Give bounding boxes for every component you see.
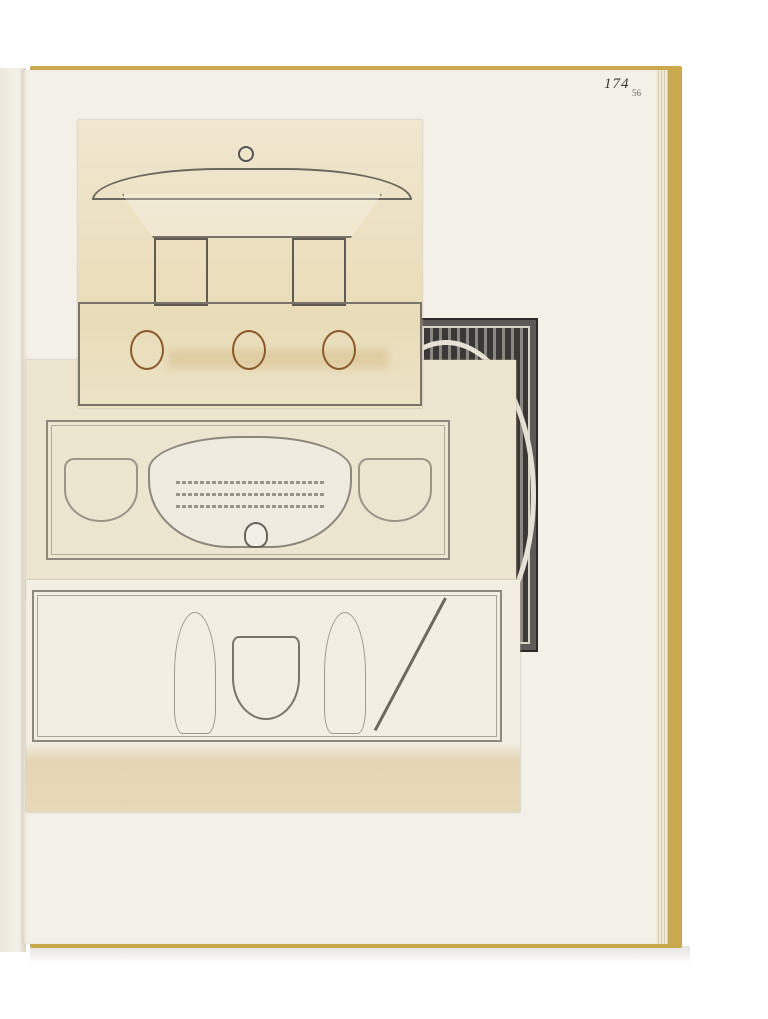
pedestal-right <box>292 238 346 306</box>
frieze-frame <box>32 590 502 742</box>
illegible-inscription <box>176 472 324 517</box>
book-shadow <box>30 946 690 964</box>
putto-right <box>324 612 366 734</box>
frieze-drawing <box>26 580 520 812</box>
folio-sub-number: 56 <box>632 88 641 98</box>
cartouche-frame <box>46 420 450 560</box>
putto-left <box>174 612 216 734</box>
cartouche <box>148 436 352 548</box>
urn-right <box>358 458 432 522</box>
cherub-head-icon <box>322 330 356 370</box>
lid-finial <box>238 146 254 162</box>
page-stack-edge <box>656 70 668 944</box>
pedestal-left <box>154 238 208 306</box>
coat-of-arms-shield <box>232 636 300 720</box>
sarcophagus-body <box>122 194 382 238</box>
skull-icon <box>244 522 268 548</box>
folio-number: 174 <box>604 76 630 93</box>
sarcophagus-drawing <box>78 120 422 408</box>
skeleton-lance <box>374 597 447 731</box>
cherub-head-icon <box>130 330 164 370</box>
cherub-head-icon <box>232 330 266 370</box>
urn-left <box>64 458 138 522</box>
